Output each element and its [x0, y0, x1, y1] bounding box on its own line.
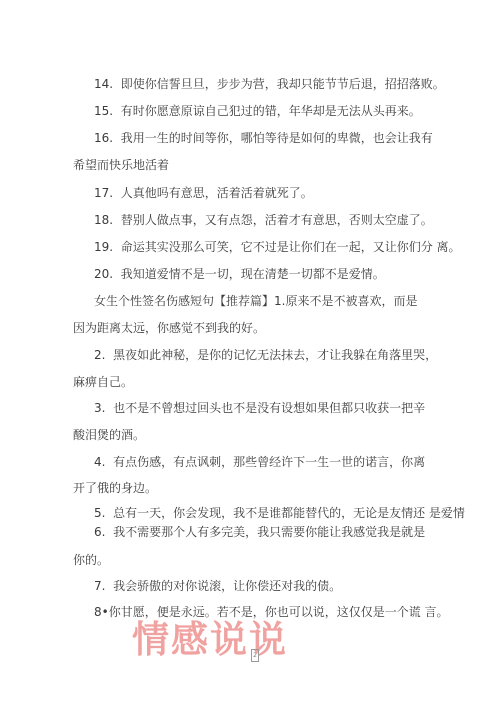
text-line: 20. 我知道爱情不是一切，现在清楚一切都不是爱情。	[94, 266, 460, 282]
text-line: 3. 也不是不曾想过回头也不是没有设想如果但都只收获一把辛	[94, 400, 460, 416]
text-line: 16. 我用一生的时间等你，哪怕等待是如何的卑微，也会让我有	[94, 130, 460, 146]
text-line: 7. 我会骄傲的对你说滚，让你偿还对我的债。	[94, 578, 460, 594]
text-line: 14. 即使你信誓旦旦，步步为营，我却只能节节后退，招招落败。	[94, 76, 460, 92]
text-line: 你的。	[73, 552, 460, 568]
text-line: 希望而快乐地活着	[73, 157, 460, 173]
page-number: 2	[251, 649, 259, 662]
watermark-logo: 情感说说	[132, 609, 288, 663]
text-line: 因为距离太远，你感觉不到我的好。	[73, 320, 460, 336]
section-heading-line: 女生个性签名伤感短句【推荐篇】1.原来不是不被喜欢，而是	[94, 293, 460, 309]
text-line: 麻痹自己。	[73, 374, 460, 390]
document-page: 14. 即使你信誓旦旦，步步为营，我却只能节节后退，招招落败。 15. 有时你愿…	[0, 0, 500, 708]
text-line: 5. 总有一天，你会发现，我不是谁都能替代的，无论是友情还 是爱情	[94, 505, 460, 521]
text-line: 15. 有时你愿意原谅自己犯过的错，年华却是无法从头再来。	[94, 103, 460, 119]
text-line: 19. 命运其实没那么可笑，它不过是让你们在一起，又让你们分 离。	[94, 239, 460, 255]
text-line: 酸泪煲的酒。	[73, 427, 460, 443]
text-line: 2. 黑夜如此神秘，是你的记忆无法抹去，才让我躲在角落里哭，	[94, 347, 460, 363]
text-line: 4. 有点伤感，有点讽刺，那些曾经许下一生一世的诺言，你离	[94, 454, 460, 470]
text-line: 18. 替别人做点事，又有点怨，活着才有意思，否则太空虚了。	[94, 212, 460, 228]
text-line: 开了俄的身边。	[73, 480, 460, 496]
text-line: 6. 我不需要那个人有多完美，我只需要你能让我感觉我是就是	[94, 524, 460, 540]
text-line: 17. 人真他吗有意思，活着活着就死了。	[94, 185, 460, 201]
